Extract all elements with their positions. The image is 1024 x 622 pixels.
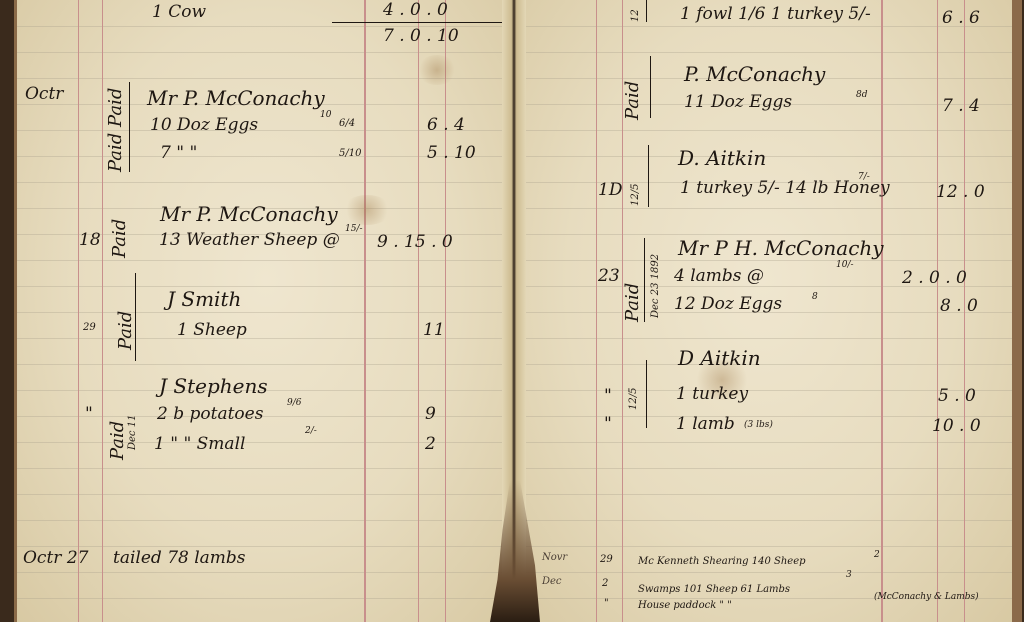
total-underline <box>332 22 512 23</box>
ruled-line <box>17 494 515 495</box>
line-rate: 7/- <box>858 172 870 182</box>
line-rate: 9/6 <box>287 398 301 408</box>
paid-mark: 12/5 <box>630 184 641 206</box>
line-amount: 8 . 0 <box>940 296 978 316</box>
carryover-amount: 6 . 6 <box>942 8 980 28</box>
line-amount: 6 . 4 <box>427 115 465 135</box>
column-line <box>445 0 446 622</box>
line-desc: 13 Weather Sheep @ <box>159 230 340 250</box>
entry-bracket <box>644 238 645 322</box>
paid-date-note: Dec 23 1892 <box>650 254 661 318</box>
carryover-total: 7 . 0 . 10 <box>383 26 459 46</box>
column-line <box>364 0 366 622</box>
customer-name: P. McConachy <box>684 62 825 86</box>
line-desc: 4 lambs @ <box>674 266 764 286</box>
line-desc: 7 " " <box>160 143 197 163</box>
footer-sup: 3 <box>846 570 852 580</box>
ruled-line <box>17 572 515 573</box>
line-amount: 9 . 15 . 0 <box>377 232 453 252</box>
line-desc: 1 Sheep <box>177 320 247 340</box>
ruled-line <box>17 598 515 599</box>
entry-bracket <box>650 56 651 118</box>
line-amount: 12 . 0 <box>936 182 985 202</box>
customer-name: D Aitkin <box>678 346 761 370</box>
ledger-right-page: 12 1 fowl 1/6 1 turkey 5/- 6 . 6 Paid P.… <box>512 0 1022 622</box>
footer-note: tailed 78 lambs <box>113 548 246 568</box>
line-desc: 2 b potatoes <box>157 404 263 424</box>
line-rate: 8 <box>812 292 818 302</box>
paper-stain <box>342 195 392 225</box>
line-desc: 12 Doz Eggs <box>674 294 782 314</box>
customer-name: J Smith <box>167 287 241 311</box>
entry-bracket <box>646 360 647 428</box>
entry-date: " <box>604 386 612 406</box>
side-mark: 12 <box>630 9 641 22</box>
line-amount: 5 . 10 <box>427 143 476 163</box>
line-amount: 10 . 0 <box>932 416 981 436</box>
paid-stamp: Paid <box>622 81 643 120</box>
line-amount: 7 . 4 <box>942 96 980 116</box>
column-line <box>881 0 883 622</box>
column-line <box>418 0 419 622</box>
entry-date: 18 <box>79 230 101 250</box>
carryover-desc: 1 fowl 1/6 1 turkey 5/- <box>680 4 871 24</box>
entry-date: 29 <box>83 322 96 333</box>
footer-text: House paddock " " <box>638 600 732 611</box>
line-amount: 9 <box>425 404 436 424</box>
line-note: 10 <box>320 110 331 120</box>
line-rate: 5/10 <box>339 148 361 159</box>
customer-name: D. Aitkin <box>678 146 766 170</box>
entry-date: " <box>85 404 93 424</box>
line-desc: 1 lamb <box>676 414 735 434</box>
carryover-item: 1 Cow <box>152 2 206 22</box>
paid-date-note: Dec 11 <box>127 415 138 450</box>
customer-name: Mr P. McConachy <box>160 202 338 226</box>
paper-stain <box>417 55 457 85</box>
carryover-amount: 4 . 0 . 0 <box>383 0 448 20</box>
line-amount: 5 . 0 <box>938 386 976 406</box>
ruled-line <box>17 364 515 365</box>
line-rate: 15/- <box>345 224 363 234</box>
ruled-line <box>17 468 515 469</box>
margin-line <box>102 0 103 622</box>
ledger-left-page: 1 Cow 4 . 0 . 0 7 . 0 . 10 Octr Paid Pai… <box>14 0 515 622</box>
ruled-line <box>17 52 515 53</box>
paid-stamp: Paid <box>115 311 136 350</box>
footer-day: " <box>604 598 609 609</box>
line-note: (3 lbs) <box>744 420 773 430</box>
entry-bracket <box>648 145 649 207</box>
entry-date: 1D <box>598 180 622 200</box>
ruled-line <box>17 182 515 183</box>
footer-day: 29 <box>600 554 613 565</box>
line-amount: 2 . 0 . 0 <box>902 268 967 288</box>
footer-text: Mc Kenneth Shearing 140 Sheep <box>638 556 806 567</box>
line-desc: 1 turkey <box>676 384 748 404</box>
ruled-line <box>17 442 515 443</box>
entry-bracket <box>646 0 647 22</box>
ruled-line <box>17 312 515 313</box>
footer-month: Dec <box>542 576 562 587</box>
entry-bracket <box>135 273 136 361</box>
footer-sup: 2 <box>874 550 880 560</box>
line-rate: 2/- <box>305 426 317 436</box>
margin-line <box>78 0 79 622</box>
paid-stamp: Paid <box>107 421 128 460</box>
paid-stamp: Paid <box>109 219 130 258</box>
line-rate: 10/- <box>836 260 854 270</box>
ruled-line <box>17 546 515 547</box>
customer-name: J Stephens <box>159 374 268 398</box>
line-rate: 8d <box>856 90 868 100</box>
entry-bracket <box>129 82 130 172</box>
line-rate: 6/4 <box>339 118 355 129</box>
line-amount: 2 <box>425 434 436 454</box>
entry-date: 23 <box>598 266 620 286</box>
paid-mark: 12/5 <box>628 388 639 410</box>
footer-day: 2 <box>602 578 608 589</box>
ruled-line <box>17 286 515 287</box>
entry-date-ditto: " <box>604 414 612 434</box>
footer-date: Octr 27 <box>23 548 88 568</box>
footer-month: Novr <box>542 552 567 563</box>
ruled-line <box>17 520 515 521</box>
paid-stamp: Paid <box>622 283 643 322</box>
entry-date: Octr <box>25 84 63 104</box>
footer-note: (McConachy & Lambs) <box>874 592 979 602</box>
line-desc: 10 Doz Eggs <box>150 115 258 135</box>
customer-name: Mr P H. McConachy <box>678 236 884 260</box>
line-desc: 11 Doz Eggs <box>684 92 792 112</box>
line-amount: 11 <box>423 320 445 340</box>
ruled-line <box>17 260 515 261</box>
footer-text: Swamps 101 Sheep 61 Lambs <box>638 584 790 595</box>
paid-stamp: Paid Paid <box>105 88 126 172</box>
line-desc: 1 " " Small <box>154 434 245 454</box>
column-line <box>937 0 938 622</box>
margin-line <box>596 0 597 622</box>
customer-name: Mr P. McConachy <box>147 86 325 110</box>
